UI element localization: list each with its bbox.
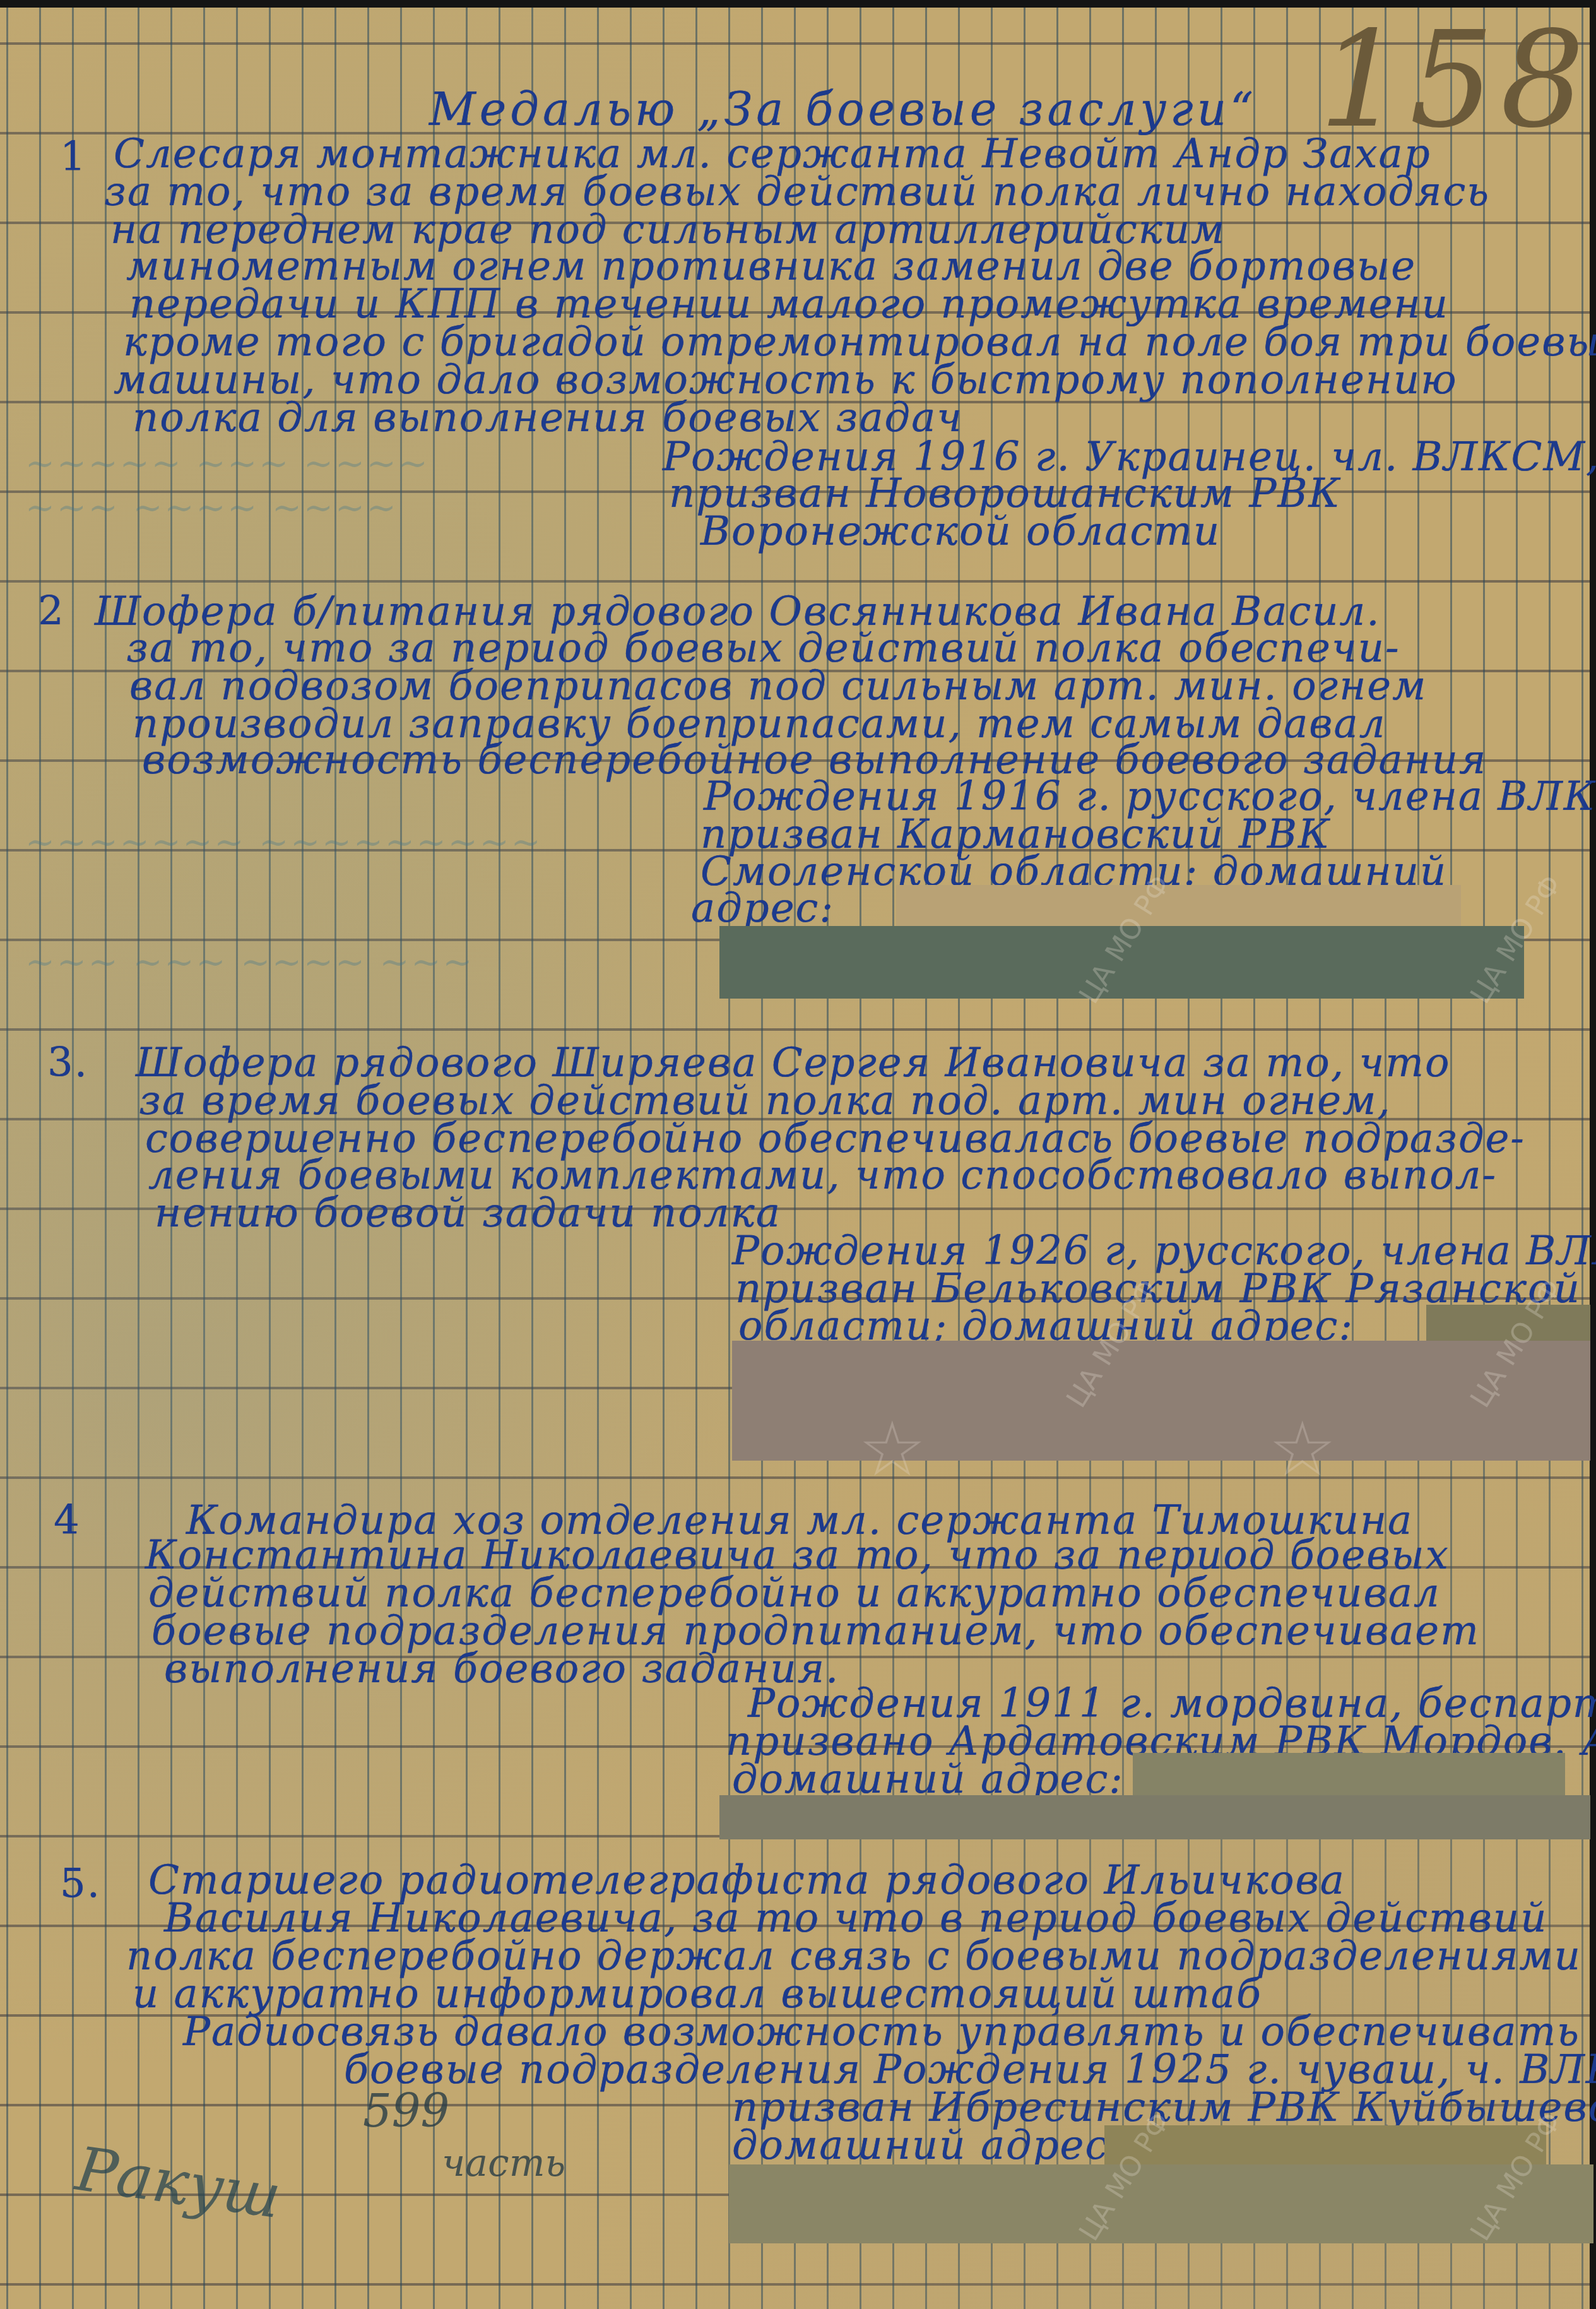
document-title: Медалью „За боевые заслуги“ [429,86,1257,132]
redacted-address [896,885,1461,926]
entry-number: 1 [60,137,87,177]
entry-line: нению боевой задачи полка [155,1193,781,1233]
entry-number: 5. [60,1863,101,1904]
page-number: 158 [1319,14,1591,146]
signature: Ракуш [72,2134,285,2232]
bleed-through-text: ~~~~~~~ ~~~~~~~~~ [25,822,543,863]
entry-number: 4 [54,1500,81,1541]
entry-detail: Воронежской области [700,511,1221,552]
entry-line: полка для выполнения боевых задач [133,398,963,438]
bleed-through-text: ~~~ ~~~ ~~~~ ~~~ [25,942,474,983]
entry-detail: адрес: [691,888,834,929]
bleed-through-text: ~~~ ~~~~ ~~~~ [25,487,398,528]
entry-line: выполнения боевого задания. [164,1649,839,1689]
entry-detail: домашний адрес: [732,1759,1124,1800]
stamp-fragment: 599 [363,2084,449,2137]
bleed-through-text: ~~~~~ ~~~ ~~~~ [25,443,430,484]
stamp-fragment: часть [442,2141,565,2185]
redacted-address [719,1795,1590,1839]
star-icon: ☆ [1268,1412,1337,1488]
scanned-document-page: ~~~~~ ~~~ ~~~~ ~~~ ~~~~ ~~~~ ~~~~~~~ ~~~… [0,0,1596,2309]
star-icon: ☆ [858,1412,926,1488]
entry-detail: домашний адрес [732,2125,1109,2166]
redacted-address [1133,1753,1565,1795]
entry-number: 3. [47,1043,88,1083]
entry-number: 2 [38,591,65,632]
redacted-address [729,2164,1593,2243]
